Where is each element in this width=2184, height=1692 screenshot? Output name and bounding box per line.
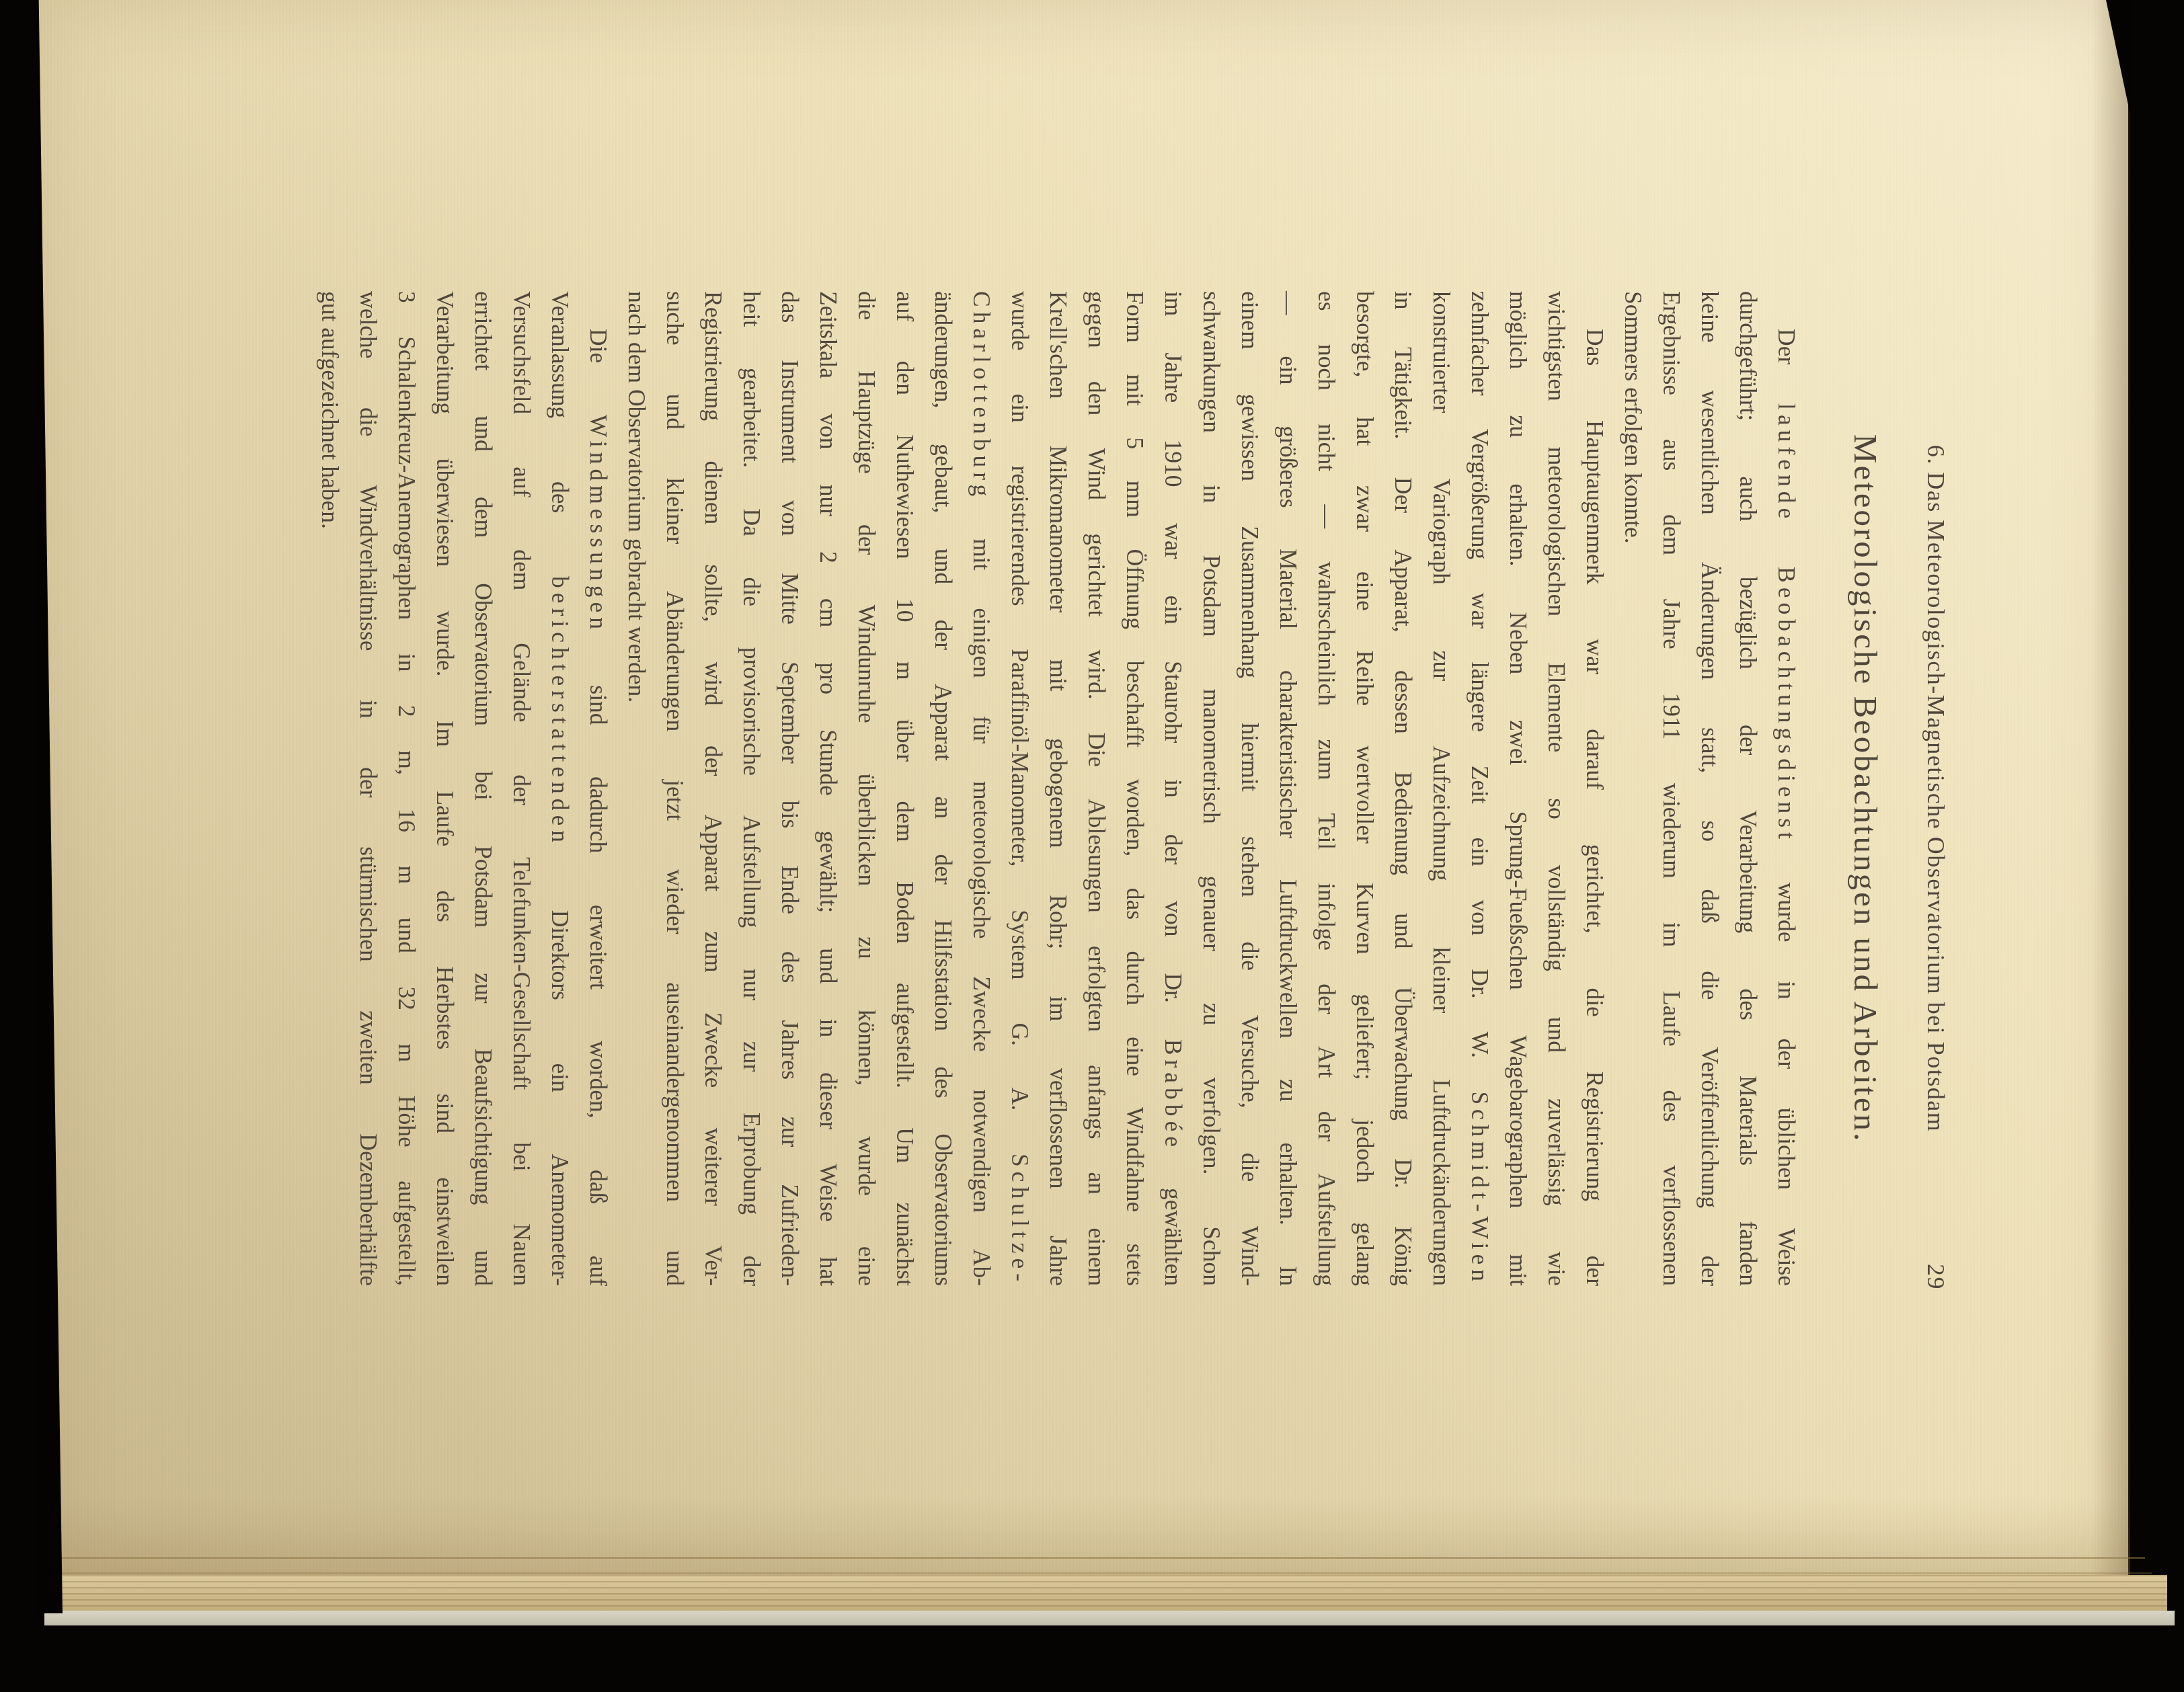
book-cover-corner xyxy=(2130,1439,2172,1654)
text-line: nach dem Observatorium gebracht werden. xyxy=(617,291,656,1286)
page-edge-strip xyxy=(44,1611,2175,1625)
text-line: Krell'schen Mikromanometer mit gebogenem… xyxy=(1039,291,1077,1286)
page-crease-line xyxy=(61,1557,2145,1559)
text-line: gut aufgezeichnet haben. xyxy=(311,291,349,1286)
text-line: Charlottenburg mit einigen für meteorolo… xyxy=(962,291,1001,1286)
text-line: änderungen, gebaut, und der Apparat an d… xyxy=(924,291,962,1286)
book-photo: { "page": { "header": { "chapter": "6. D… xyxy=(0,0,2184,1692)
text-line: Der laufende Beobachtungsdienst wurde in… xyxy=(1767,291,1805,1286)
text-line: wurde ein registrierendes Paraffinöl-Man… xyxy=(1001,291,1039,1286)
text-line: Das Hauptaugenmerk war darauf gerichtet,… xyxy=(1575,291,1614,1286)
body-text: Der laufende Beobachtungsdienst wurde in… xyxy=(311,291,1805,1286)
text-line: Versuchsfeld auf dem Gelände der Telefun… xyxy=(502,291,541,1286)
page-curl-shadow xyxy=(39,1496,2130,1575)
text-line: Verarbeitung überwiesen wurde. Im Laufe … xyxy=(426,291,464,1286)
text-line: Zeitskala von nur 2 cm pro Stunde gewähl… xyxy=(809,291,847,1286)
text-line: heit gearbeitet. Da die provisorische Au… xyxy=(732,291,771,1286)
text-line: wichtigsten meteorologischen Elemente so… xyxy=(1537,291,1575,1286)
text-line: errichtet und dem Observatorium bei Pots… xyxy=(464,291,502,1286)
text-line: — ein größeres Material charakteristisch… xyxy=(1269,291,1307,1286)
text-line: durchgeführt; auch bezüglich der Verarbe… xyxy=(1729,291,1767,1286)
page-crease-line xyxy=(47,1572,2152,1574)
text-line: welche die Windverhältnisse in der stürm… xyxy=(349,291,387,1286)
text-line: zehnfacher Vergrößerung war längere Zeit… xyxy=(1460,291,1499,1286)
text-line: Sommers erfolgen konnte. xyxy=(1614,291,1652,1286)
text-line: besorgte, hat zwar eine Reihe wertvoller… xyxy=(1345,291,1384,1286)
book-page: 6. Das Meteorologisch-Magnetische Observ… xyxy=(37,0,2128,1610)
text-line: die Hauptzüge der Windunruhe überblicken… xyxy=(847,291,886,1286)
chapter-heading: 6. Das Meteorologisch-Magnetische Observ… xyxy=(1922,445,1949,1132)
text-line: Ergebnisse aus dem Jahre 1911 wiederum i… xyxy=(1652,291,1690,1286)
text-line: gegen den Wind gerichtet wird. Die Ables… xyxy=(1077,291,1116,1286)
text-line: Die Windmessungen sind dadurch erweitert… xyxy=(579,291,617,1286)
text-line: 3 Schalenkreuz-Anemographen in 2 m, 16 m… xyxy=(387,291,426,1286)
text-line: konstruierter Variograph zur Aufzeichnun… xyxy=(1422,291,1460,1286)
page-stack-edge xyxy=(39,1575,2167,1613)
page-content: 6. Das Meteorologisch-Magnetische Observ… xyxy=(311,291,1952,1286)
page-number: 29 xyxy=(1920,1264,1952,1290)
section-title: Meteorologische Beobachtungen und Arbeit… xyxy=(1844,291,1886,1286)
page-edge-shadow-right xyxy=(2091,0,2130,1613)
text-line: Registrierung dienen sollte, wird der Ap… xyxy=(694,291,732,1286)
text-line: möglich zu erhalten. Neben zwei Sprung-F… xyxy=(1499,291,1537,1286)
text-line: im Jahre 1910 war ein Staurohr in der vo… xyxy=(1154,291,1192,1286)
text-line: einem gewissen Zusammenhang hiermit steh… xyxy=(1231,291,1269,1286)
text-line: es noch nicht — wahrscheinlich zum Teil … xyxy=(1307,291,1345,1286)
text-line: auf den Nuthewiesen 10 m über dem Boden … xyxy=(886,291,924,1286)
text-line: das Instrument von Mitte September bis E… xyxy=(771,291,809,1286)
running-header: 6. Das Meteorologisch-Magnetische Observ… xyxy=(1920,291,1952,1286)
text-line: Form mit 5 mm Öffnung beschafft worden, … xyxy=(1116,291,1154,1286)
text-line: keine wesentlichen Änderungen statt, so … xyxy=(1690,291,1729,1286)
text-line: Veranlassung des berichterstattenden Dir… xyxy=(541,291,579,1286)
text-line: in Tätigkeit. Der Apparat, dessen Bedien… xyxy=(1384,291,1422,1286)
text-line: suche und kleiner Abänderungen jetzt wie… xyxy=(656,291,694,1286)
text-line: schwankungen in Potsdam manometrisch gen… xyxy=(1192,291,1231,1286)
